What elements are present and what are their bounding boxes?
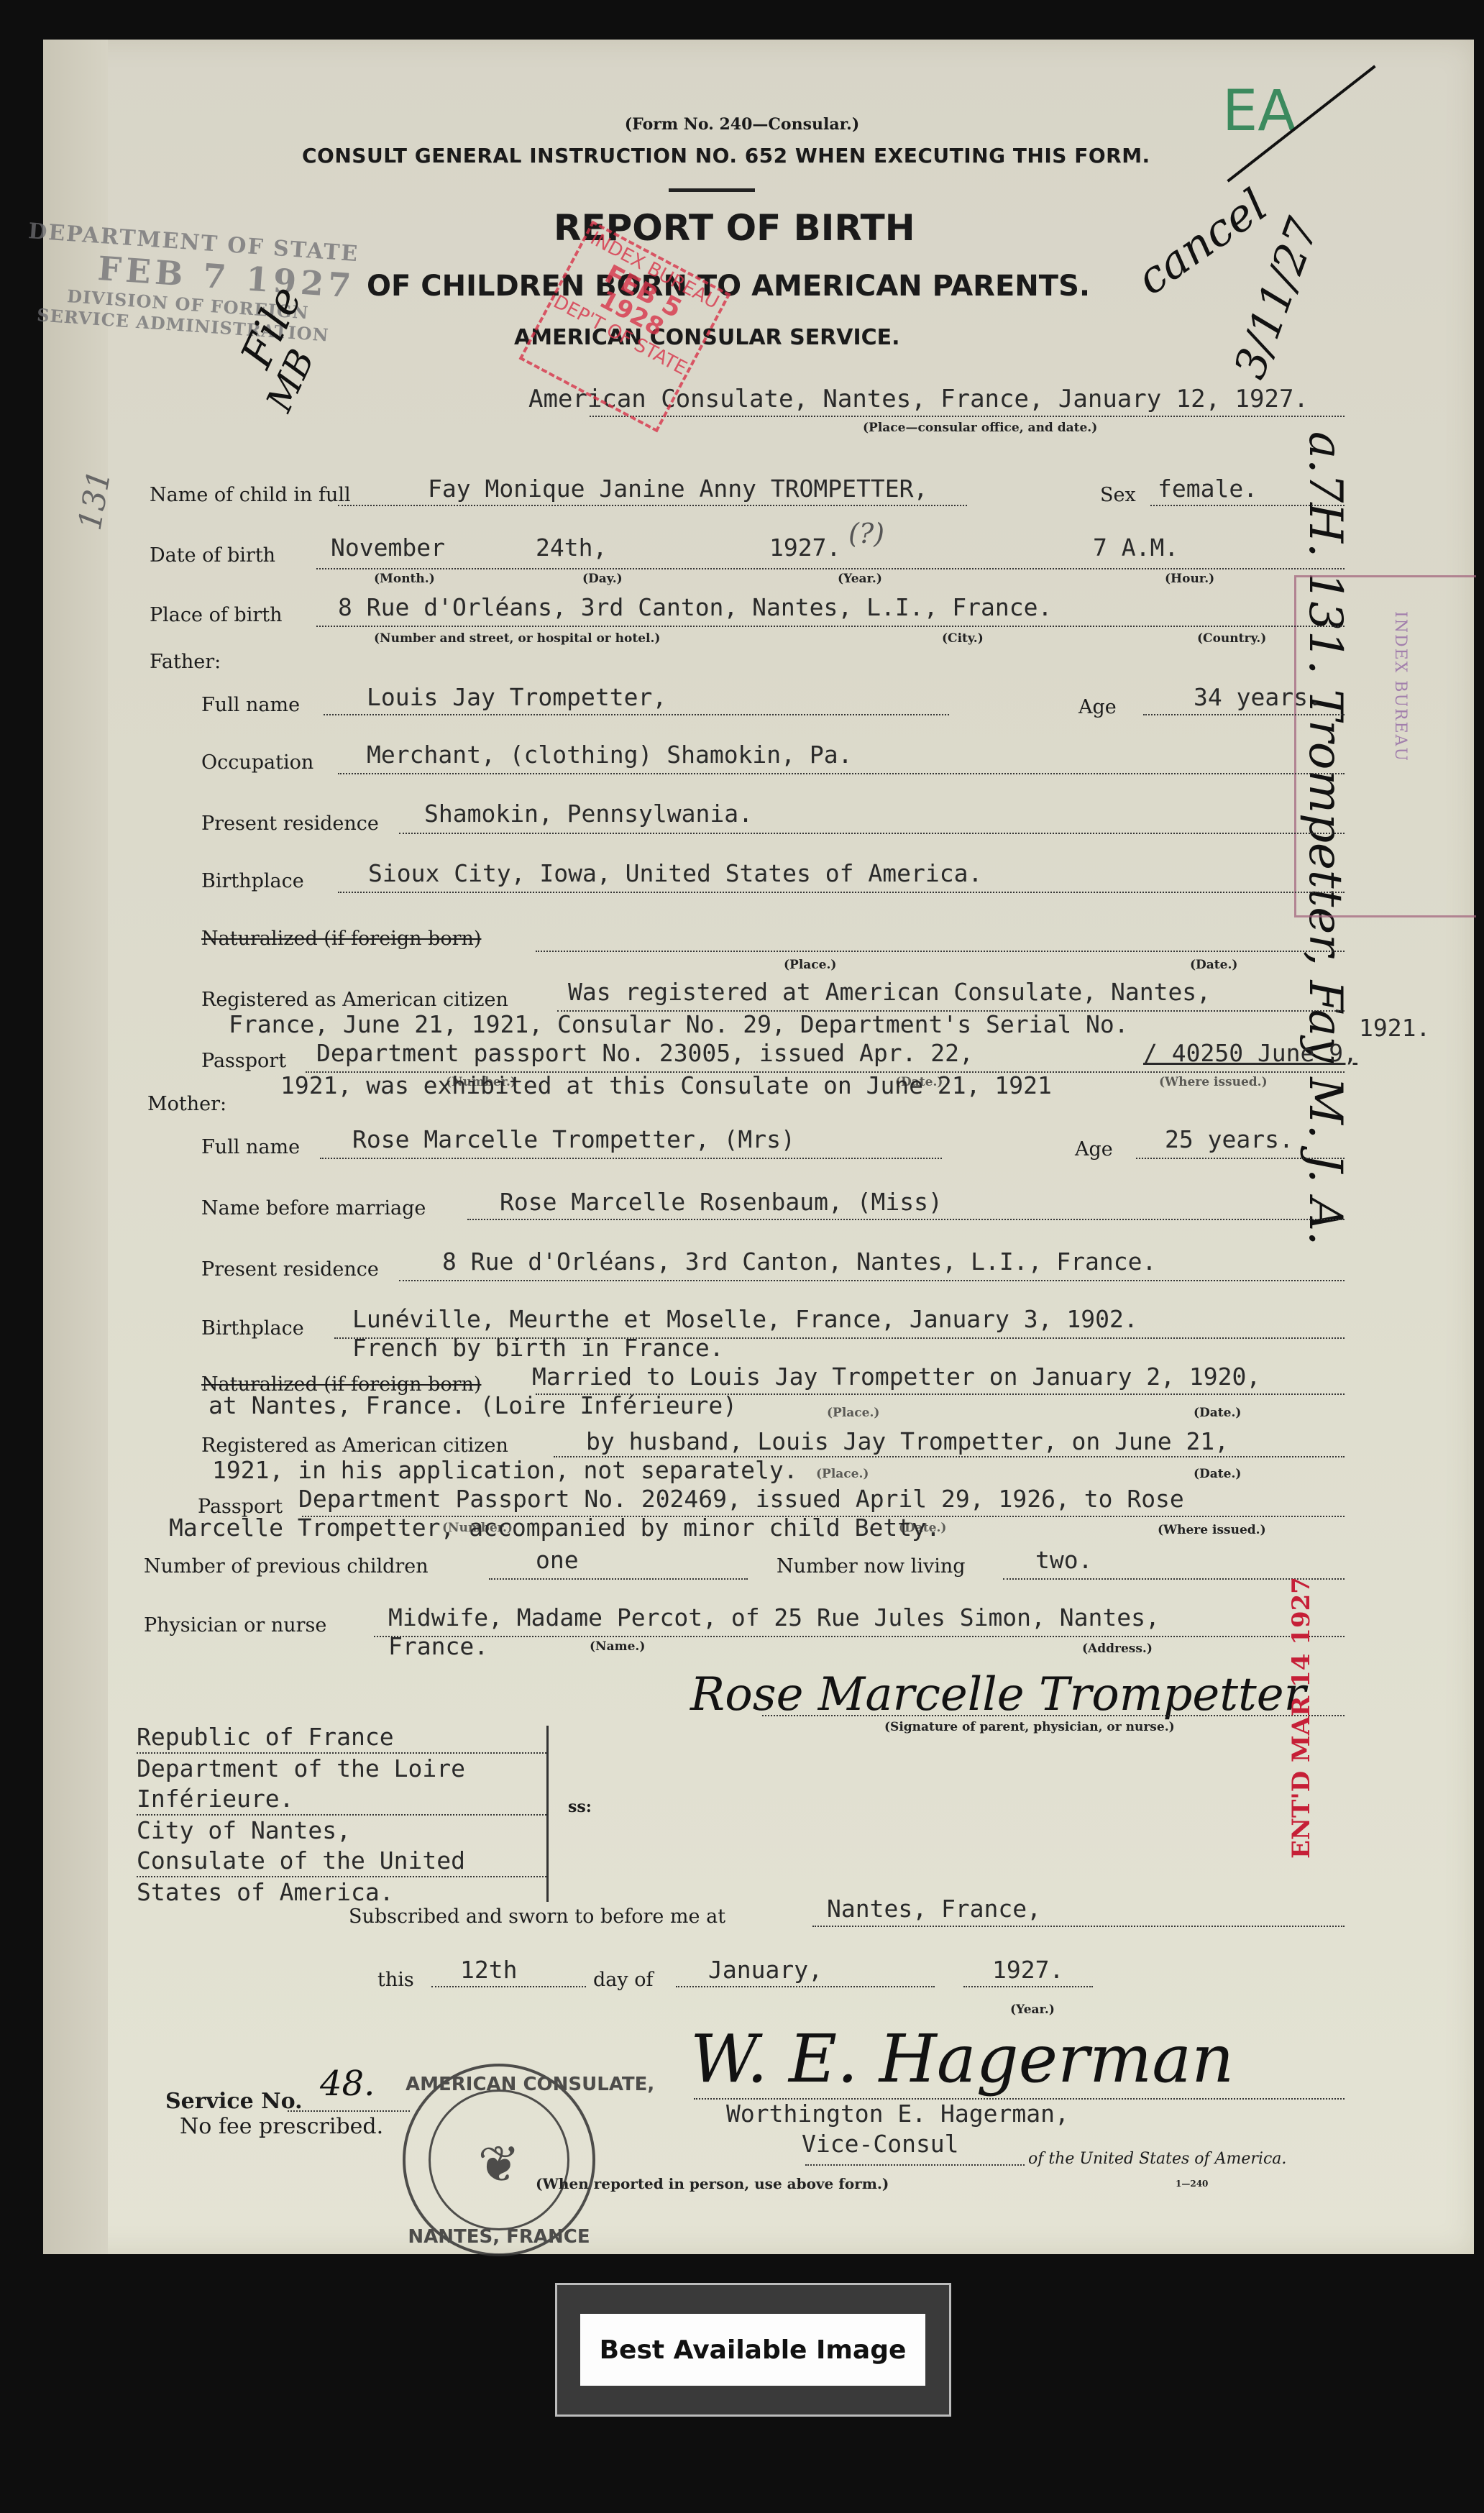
father-residence-label: Present residence: [201, 813, 379, 835]
mother-age-value: 25 years.: [1165, 1125, 1293, 1153]
venue-line-2: Department of the Loire: [137, 1754, 546, 1784]
physician-caption-address: (Address.): [1082, 1642, 1153, 1656]
mother-passport-line1: Department Passport No. 202469, issued A…: [298, 1485, 1184, 1513]
mother-name-value: Rose Marcelle Trompetter, (Mrs): [352, 1125, 795, 1153]
mother-passport-caption-date: (Date.): [899, 1521, 946, 1535]
dob-label: Date of birth: [150, 544, 275, 567]
sex-label: Sex: [1100, 484, 1136, 506]
mother-naturalized-caption-place: (Place.): [827, 1406, 879, 1420]
father-passport-caption-date: (Date.): [895, 1075, 943, 1089]
sex-value: female.: [1158, 475, 1258, 503]
father-name-value: Louis Jay Trompetter,: [367, 683, 667, 711]
physician-line: [374, 1636, 1345, 1637]
mother-residence-value: 8 Rue d'Orléans, 3rd Canton, Nantes, L.I…: [442, 1248, 1156, 1276]
in-person-note: (When reported in person, use above form…: [536, 2175, 889, 2192]
parent-signature-caption: (Signature of parent, physician, or nurs…: [884, 1720, 1175, 1734]
sworn-label: Subscribed and sworn to before me at: [349, 1905, 725, 1928]
living-children-label: Number now living: [777, 1555, 966, 1578]
sex-line: [1150, 505, 1345, 506]
sworn-place-value: Nantes, France,: [827, 1895, 1041, 1923]
physician-caption-name: (Name.): [590, 1639, 645, 1654]
of-united-states-label: of the United States of America.: [1028, 2150, 1286, 2168]
day-of-label: day of: [593, 1969, 653, 1991]
father-occupation-value: Merchant, (clothing) Shamokin, Pa.: [367, 741, 853, 769]
father-residence-value: Shamokin, Pennsylwania.: [424, 800, 753, 828]
venue-bracket: [541, 1726, 549, 1902]
mother-naturalized-line1: Married to Louis Jay Trompetter on Janua…: [532, 1363, 1260, 1391]
dob-caption-year: (Year.): [838, 572, 882, 586]
mother-registered-label: Registered as American citizen: [201, 1434, 508, 1457]
father-passport-line1b: / 40250 June 9,: [1143, 1039, 1357, 1067]
oath-day-line: [431, 1986, 586, 1987]
parent-signature: Rose Marcelle Trompetter: [690, 1668, 1306, 1721]
mother-residence-line: [399, 1280, 1345, 1281]
venue-line-4: City of Nantes,: [137, 1816, 546, 1846]
mother-registered-line2: 1921, in his application, not separately…: [212, 1456, 798, 1484]
mother-registered-caption-date: (Date.): [1194, 1467, 1241, 1481]
mother-birthplace-line1: Lunéville, Meurthe et Moselle, France, J…: [352, 1305, 1138, 1333]
best-available-image-card: Best Available Image: [555, 2283, 951, 2417]
entered-date-stamp: ENT'D MAR 14 1927: [1287, 1577, 1316, 1859]
father-birthplace-value: Sioux City, Iowa, United States of Ameri…: [368, 859, 982, 887]
sworn-place-line: [812, 1926, 1345, 1927]
father-registered-line1: Was registered at American Consulate, Na…: [568, 978, 1211, 1006]
this-label: this: [377, 1969, 414, 1991]
father-birthplace-line: [338, 892, 1345, 893]
mother-maiden-line: [467, 1219, 1345, 1220]
mother-age-line: [1136, 1158, 1345, 1159]
place-date-line: [590, 416, 1345, 417]
previous-children-line: [489, 1578, 748, 1580]
father-registered-line2: France, June 21, 1921, Consular No. 29, …: [229, 1010, 1129, 1038]
form-code: 1—240: [1176, 2179, 1208, 2189]
consul-title: Vice-Consul: [802, 2130, 959, 2158]
mother-birthplace-label: Birthplace: [201, 1317, 304, 1340]
venue-line-3: Inférieure.: [137, 1784, 546, 1816]
oath-year-line: [963, 1986, 1093, 1987]
dob-line: [316, 568, 1345, 569]
dob-caption-month: (Month.): [374, 572, 435, 586]
parent-signature-line: [762, 1715, 1345, 1716]
oath-month-value: January,: [708, 1956, 823, 1984]
mother-naturalized-caption-date: (Date.): [1194, 1406, 1241, 1420]
ss-label: ss:: [568, 1798, 592, 1816]
father-residence-line: [399, 833, 1345, 834]
mother-birthplace-line2: French by birth in France.: [352, 1334, 724, 1362]
father-passport-caption-where: (Where issued.): [1159, 1075, 1268, 1089]
best-available-image-label: Best Available Image: [600, 2335, 907, 2365]
father-naturalized-caption-place: (Place.): [784, 958, 836, 972]
pob-line: [316, 626, 1345, 627]
living-children-value: two.: [1035, 1546, 1092, 1574]
mother-name-line: [320, 1158, 942, 1159]
physician-label: Physician or nurse: [144, 1614, 326, 1637]
dob-caption-hour: (Hour.): [1165, 572, 1214, 586]
father-passport-caption-number: (Number.): [446, 1075, 516, 1089]
no-fee-label: No fee prescribed.: [180, 2114, 383, 2139]
service-no-line: [288, 2110, 410, 2112]
oath-day-value: 12th: [460, 1956, 517, 1984]
mother-passport-line2: Marcelle Trompetter, accompanied by mino…: [169, 1514, 940, 1542]
dob-year-question-annotation: (?): [848, 518, 884, 549]
pob-caption-street: (Number and street, or hospital or hotel…: [374, 631, 660, 646]
consul-name: Worthington E. Hagerman,: [726, 2100, 1069, 2128]
previous-children-value: one: [536, 1546, 579, 1574]
consul-signature: W. E. Hagerman: [690, 2020, 1234, 2097]
father-naturalized-label: Naturalized (if foreign born): [201, 928, 481, 950]
child-name-label: Name of child in full: [150, 484, 351, 506]
father-passport-label: Passport: [201, 1050, 286, 1072]
pob-caption-country: (Country.): [1197, 631, 1266, 646]
place-date-caption: (Place—consular office, and date.): [863, 421, 1097, 435]
index-bureau-stamp: INDEX BUREAU: [1391, 611, 1409, 762]
father-name-line: [324, 714, 949, 715]
mother-section-label: Mother:: [147, 1093, 226, 1115]
mother-residence-label: Present residence: [201, 1258, 379, 1281]
father-age-line: [1143, 714, 1345, 715]
father-passport-line1: Department passport No. 23005, issued Ap…: [316, 1039, 974, 1067]
mother-naturalized-line2: at Nantes, France. (Loire Inférieure): [209, 1391, 737, 1419]
physician-line2: France.: [388, 1632, 488, 1660]
venue-line-1: Republic of France: [137, 1722, 546, 1754]
father-age-value: 34 years.: [1194, 683, 1322, 711]
father-age-label: Age: [1078, 696, 1117, 718]
mother-registered-line1: by husband, Louis Jay Trompetter, on Jun…: [586, 1427, 1229, 1455]
pob-label: Place of birth: [150, 604, 282, 626]
american-consulate-seal: AMERICAN CONSULATE, ❦ NANTES, FRANCE: [403, 2064, 595, 2256]
oath-month-line: [676, 1986, 935, 1987]
child-name-line: [338, 505, 967, 506]
mother-maiden-value: Rose Marcelle Rosenbaum, (Miss): [500, 1188, 943, 1216]
dob-month: November: [331, 534, 445, 562]
father-occupation-label: Occupation: [201, 751, 313, 774]
father-registered-label: Registered as American citizen: [201, 989, 508, 1011]
pob-caption-city: (City.): [942, 631, 984, 646]
father-registered-year-margin: 1921.: [1359, 1014, 1430, 1042]
service-no-label: Service No.: [165, 2089, 303, 2114]
oath-year-caption: (Year.): [1010, 2002, 1055, 2017]
venue-line-6: States of America.: [137, 1877, 546, 1908]
mother-passport-caption-number: (Number.): [442, 1521, 513, 1535]
father-section-label: Father:: [150, 651, 221, 673]
father-occupation-line: [338, 773, 1345, 774]
consul-title-line: [805, 2164, 1025, 2166]
mother-age-label: Age: [1075, 1138, 1113, 1161]
father-naturalized-caption-date: (Date.): [1190, 958, 1237, 972]
pob-value: 8 Rue d'Orléans, 3rd Canton, Nantes, L.I…: [338, 593, 1052, 621]
mother-name-label: Full name: [201, 1136, 300, 1158]
dob-year: 1927.: [769, 534, 841, 562]
oath-year-value: 1927.: [992, 1956, 1063, 1984]
header-rule: [669, 188, 755, 192]
father-naturalized-line: [536, 951, 1345, 952]
dob-caption-day: (Day.): [582, 572, 623, 586]
mother-maiden-label: Name before marriage: [201, 1197, 426, 1219]
mother-passport-caption-where: (Where issued.): [1158, 1523, 1266, 1537]
dob-day: 24th,: [536, 534, 607, 562]
father-birthplace-label: Birthplace: [201, 870, 304, 892]
venue-block: Republic of France Department of the Loi…: [137, 1722, 546, 1908]
form-instruction: CONSULT GENERAL INSTRUCTION NO. 652 WHEN…: [302, 144, 1150, 168]
previous-children-label: Number of previous children: [144, 1555, 429, 1578]
father-name-label: Full name: [201, 694, 300, 716]
dob-hour: 7 A.M.: [1093, 534, 1178, 562]
mother-registered-caption-place: (Place.): [816, 1467, 869, 1481]
paper-left-edge: [43, 40, 108, 2254]
service-no-value: 48.: [320, 2064, 375, 2104]
physician-line1: Midwife, Madame Percot, of 25 Rue Jules …: [388, 1603, 1160, 1631]
child-name-value: Fay Monique Janine Anny TROMPETTER,: [428, 475, 927, 503]
venue-line-5: Consulate of the United: [137, 1846, 546, 1877]
